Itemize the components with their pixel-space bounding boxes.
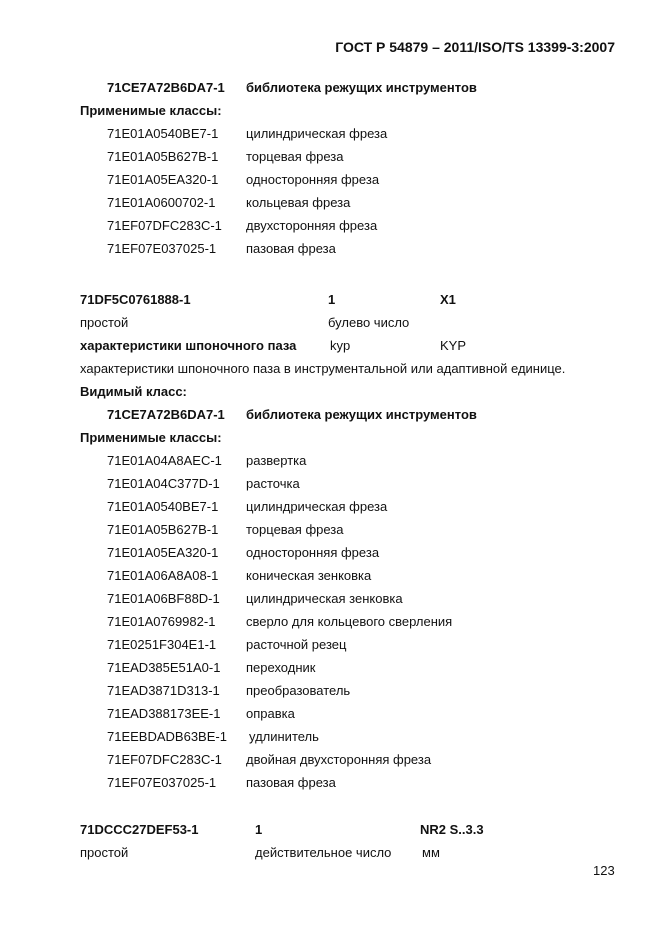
class-name: цилиндрическая фреза — [246, 126, 387, 142]
class-code: 71EEBDADB63BE-1 — [107, 729, 227, 745]
property-id: 71DCCC27DEF53-1 — [80, 822, 199, 838]
property-datatype: действительное число — [255, 845, 391, 861]
page-number: 123 — [593, 863, 615, 878]
property-id: 71DF5C0761888-1 — [80, 292, 191, 308]
class-name: односторонняя фреза — [246, 172, 379, 188]
class-code: 71E01A06A8A08-1 — [107, 568, 218, 584]
class-code: 71EF07DFC283C-1 — [107, 218, 222, 234]
class-name: двухсторонняя фреза — [246, 218, 377, 234]
class-code: 71E01A05EA320-1 — [107, 172, 218, 188]
property-symbol-upper: KYP — [440, 338, 466, 354]
visible-class-name: библиотека режущих инструментов — [246, 80, 477, 96]
class-name: пазовая фреза — [246, 241, 336, 257]
applicable-classes-label: Применимые классы: — [80, 430, 222, 446]
class-code: 71EAD388173EE-1 — [107, 706, 220, 722]
class-code: 71E01A05B627B-1 — [107, 149, 218, 165]
class-code: 71E01A04C377D-1 — [107, 476, 220, 492]
class-name: расточной резец — [246, 637, 346, 653]
class-code: 71EAD3871D313-1 — [107, 683, 220, 699]
class-code: 71E01A0540BE7-1 — [107, 499, 218, 515]
property-code: NR2 S..3.3 — [420, 822, 484, 838]
class-code: 71EF07E037025-1 — [107, 775, 216, 791]
class-name: односторонняя фреза — [246, 545, 379, 561]
document-header: ГОСТ Р 54879 – 2011/ISO/TS 13399-3:2007 — [335, 39, 615, 55]
class-code: 71E01A0540BE7-1 — [107, 126, 218, 142]
class-code: 71E0251F304E1-1 — [107, 637, 216, 653]
class-name: преобразователь — [246, 683, 350, 699]
class-code: 71E01A06BF88D-1 — [107, 591, 220, 607]
class-code: 71EF07E037025-1 — [107, 241, 216, 257]
class-name: переходник — [246, 660, 315, 676]
property-name: характеристики шпоночного паза — [80, 338, 296, 354]
property-type: простой — [80, 845, 128, 861]
class-name: цилиндрическая зенковка — [246, 591, 403, 607]
property-symbol: kyp — [330, 338, 350, 354]
class-code: 71EF07DFC283C-1 — [107, 752, 222, 768]
class-code: 71E01A04A8AEC-1 — [107, 453, 222, 469]
visible-class-name: библиотека режущих инструментов — [246, 407, 477, 423]
property-version: 1 — [328, 292, 335, 308]
class-name: расточка — [246, 476, 300, 492]
class-name: оправка — [246, 706, 295, 722]
class-name: сверло для кольцевого сверления — [246, 614, 452, 630]
property-definition: характеристики шпоночного паза в инструм… — [80, 361, 565, 377]
class-code: 71E01A0769982-1 — [107, 614, 215, 630]
applicable-classes-label: Применимые классы: — [80, 103, 222, 119]
property-version: 1 — [255, 822, 262, 838]
class-name: коническая зенковка — [246, 568, 371, 584]
property-code: X1 — [440, 292, 456, 308]
class-code: 71EAD385E51A0-1 — [107, 660, 220, 676]
class-name: кольцевая фреза — [246, 195, 350, 211]
property-type: простой — [80, 315, 128, 331]
class-name: торцевая фреза — [246, 149, 344, 165]
visible-class-code: 71CE7A72B6DA7-1 — [107, 80, 225, 96]
visible-class-code: 71CE7A72B6DA7-1 — [107, 407, 225, 423]
class-name: двойная двухсторонняя фреза — [246, 752, 431, 768]
class-name: пазовая фреза — [246, 775, 336, 791]
class-name: торцевая фреза — [246, 522, 344, 538]
property-unit: мм — [422, 845, 440, 861]
class-name: развертка — [246, 453, 306, 469]
visible-class-label: Видимый класс: — [80, 384, 187, 400]
class-name: цилиндрическая фреза — [246, 499, 387, 515]
class-code: 71E01A05EA320-1 — [107, 545, 218, 561]
property-datatype: булево число — [328, 315, 409, 331]
class-code: 71E01A0600702-1 — [107, 195, 215, 211]
class-name: удлинитель — [249, 729, 319, 745]
class-code: 71E01A05B627B-1 — [107, 522, 218, 538]
